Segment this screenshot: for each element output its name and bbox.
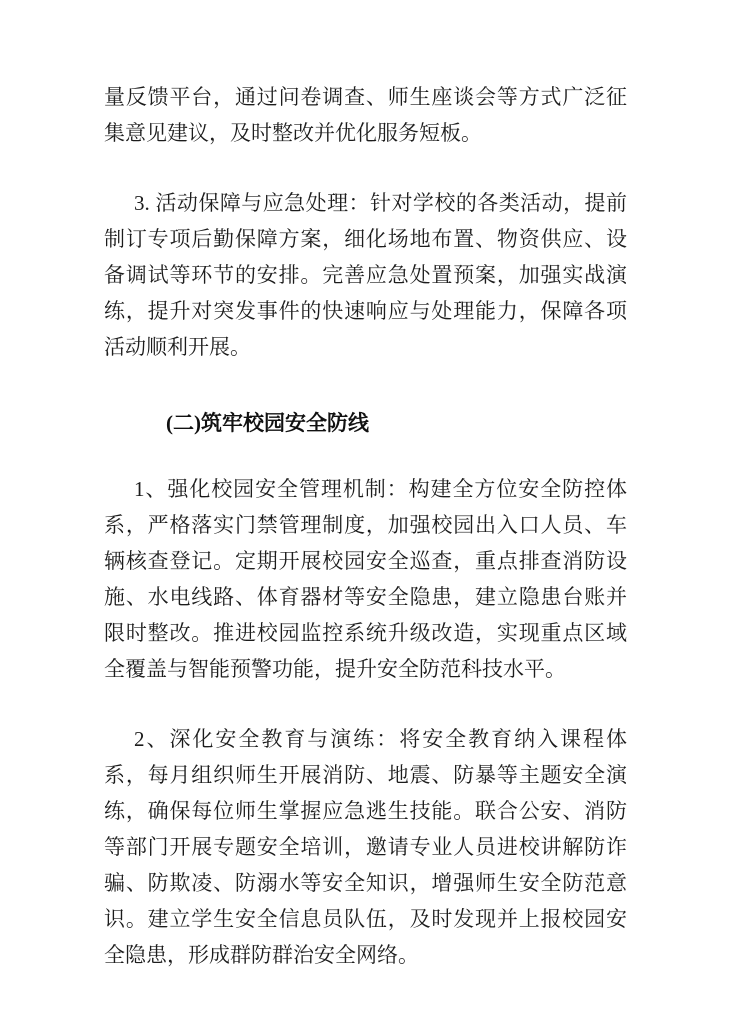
paragraph-item-3: 3. 活动保障与应急处理：针对学校的各类活动，提前制订专项后勤保障方案，细化场地… xyxy=(104,185,627,365)
document-page: 量反馈平台，通过问卷调查、师生座谈会等方式广泛征集意见建议，及时整改并优化服务短… xyxy=(0,0,731,1024)
paragraph-item-2: 2、深化安全教育与演练：将安全教育纳入课程体系，每月组织师生开展消防、地震、防暴… xyxy=(104,721,627,973)
paragraph-item-1: 1、强化校园安全管理机制：构建全方位安全防控体系，严格落实门禁管理制度，加强校园… xyxy=(104,471,627,687)
document-body: 量反馈平台，通过问卷调查、师生座谈会等方式广泛征集意见建议，及时整改并优化服务短… xyxy=(104,79,627,1007)
paragraph-continuation: 量反馈平台，通过问卷调查、师生座谈会等方式广泛征集意见建议，及时整改并优化服务短… xyxy=(104,79,627,151)
section-heading: (二)筑牢校园安全防线 xyxy=(104,405,627,441)
